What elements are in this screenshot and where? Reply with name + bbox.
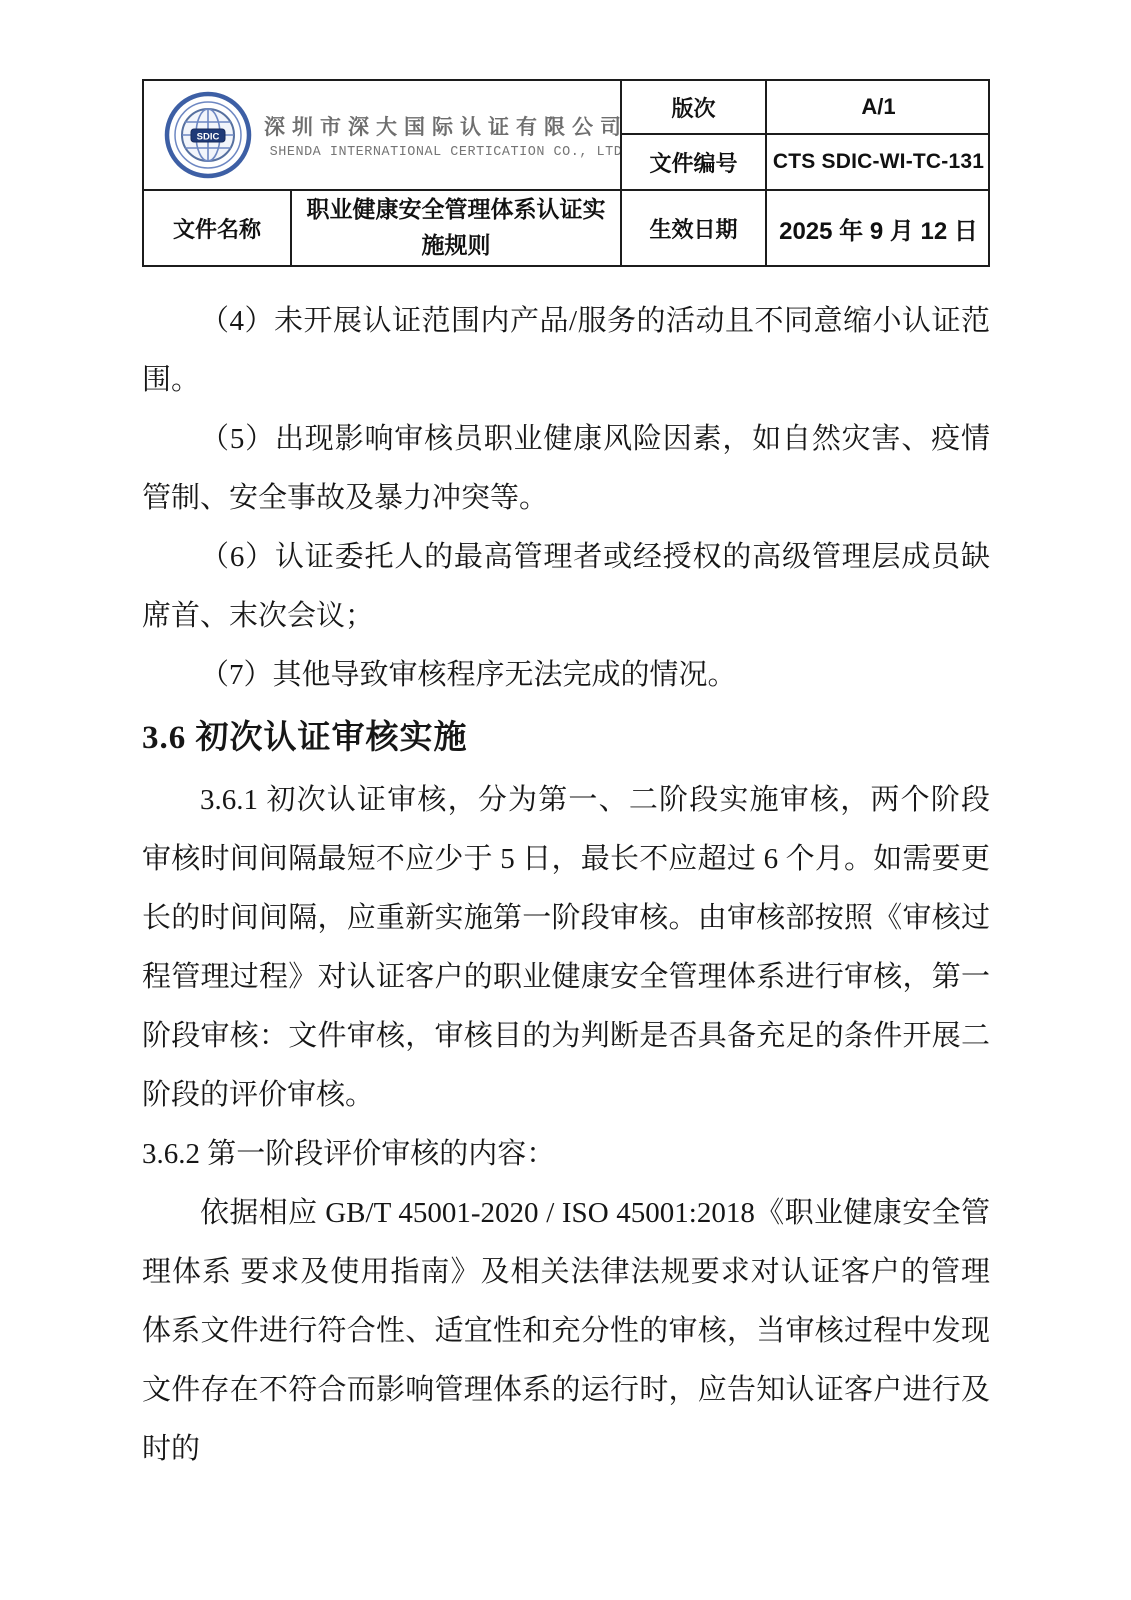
effective-date-label: 生效日期 — [620, 189, 765, 265]
effective-date-value: 2025 年 9 月 12 日 — [765, 189, 990, 265]
document-header-table: SDIC 深圳市深大国际认证有限公司 SHENDA INTERNATIONAL … — [142, 79, 990, 267]
company-name-en: SHENDA INTERNATIONAL CERTICATION CO., LT… — [264, 145, 628, 160]
paragraph-3-6-2: 3.6.2 第一阶段评价审核的内容： — [142, 1125, 990, 1184]
doc-number-value: CTS SDIC-WI-TC-131 — [765, 133, 990, 189]
section-heading-3-6: 3.6 初次认证审核实施 — [142, 705, 990, 771]
paragraph-item-4: （4）未开展认证范围内产品/服务的活动且不同意缩小认证范围。 — [142, 292, 990, 410]
company-logo-icon: SDIC — [164, 91, 252, 179]
doc-name-label: 文件名称 — [144, 189, 290, 265]
company-name-cn: 深圳市深大国际认证有限公司 — [264, 111, 628, 141]
version-value: A/1 — [765, 81, 990, 133]
doc-number-label: 文件编号 — [620, 133, 765, 189]
logo-sdic-text: SDIC — [197, 132, 220, 143]
document-page: SDIC 深圳市深大国际认证有限公司 SHENDA INTERNATIONAL … — [0, 0, 1131, 1600]
paragraph-item-6: （6）认证委托人的最高管理者或经授权的高级管理层成员缺席首、末次会议； — [142, 528, 990, 646]
company-header-cell: SDIC 深圳市深大国际认证有限公司 SHENDA INTERNATIONAL … — [144, 81, 620, 189]
paragraph-item-7: （7）其他导致审核程序无法完成的情况。 — [142, 646, 990, 705]
document-body: （4）未开展认证范围内产品/服务的活动且不同意缩小认证范围。 （5）出现影响审核… — [142, 292, 990, 1479]
paragraph-item-5: （5）出现影响审核员职业健康风险因素，如自然灾害、疫情管制、安全事故及暴力冲突等… — [142, 410, 990, 528]
version-label: 版次 — [620, 81, 765, 133]
paragraph-3-6-1: 3.6.1 初次认证审核，分为第一、二阶段实施审核，两个阶段审核时间间隔最短不应… — [142, 771, 990, 1125]
company-name-block: 深圳市深大国际认证有限公司 SHENDA INTERNATIONAL CERTI… — [264, 111, 628, 160]
paragraph-audit-basis: 依据相应 GB/T 45001-2020 / ISO 45001:2018《职业… — [142, 1184, 990, 1479]
doc-name-value: 职业健康安全管理体系认证实施规则 — [290, 189, 620, 265]
